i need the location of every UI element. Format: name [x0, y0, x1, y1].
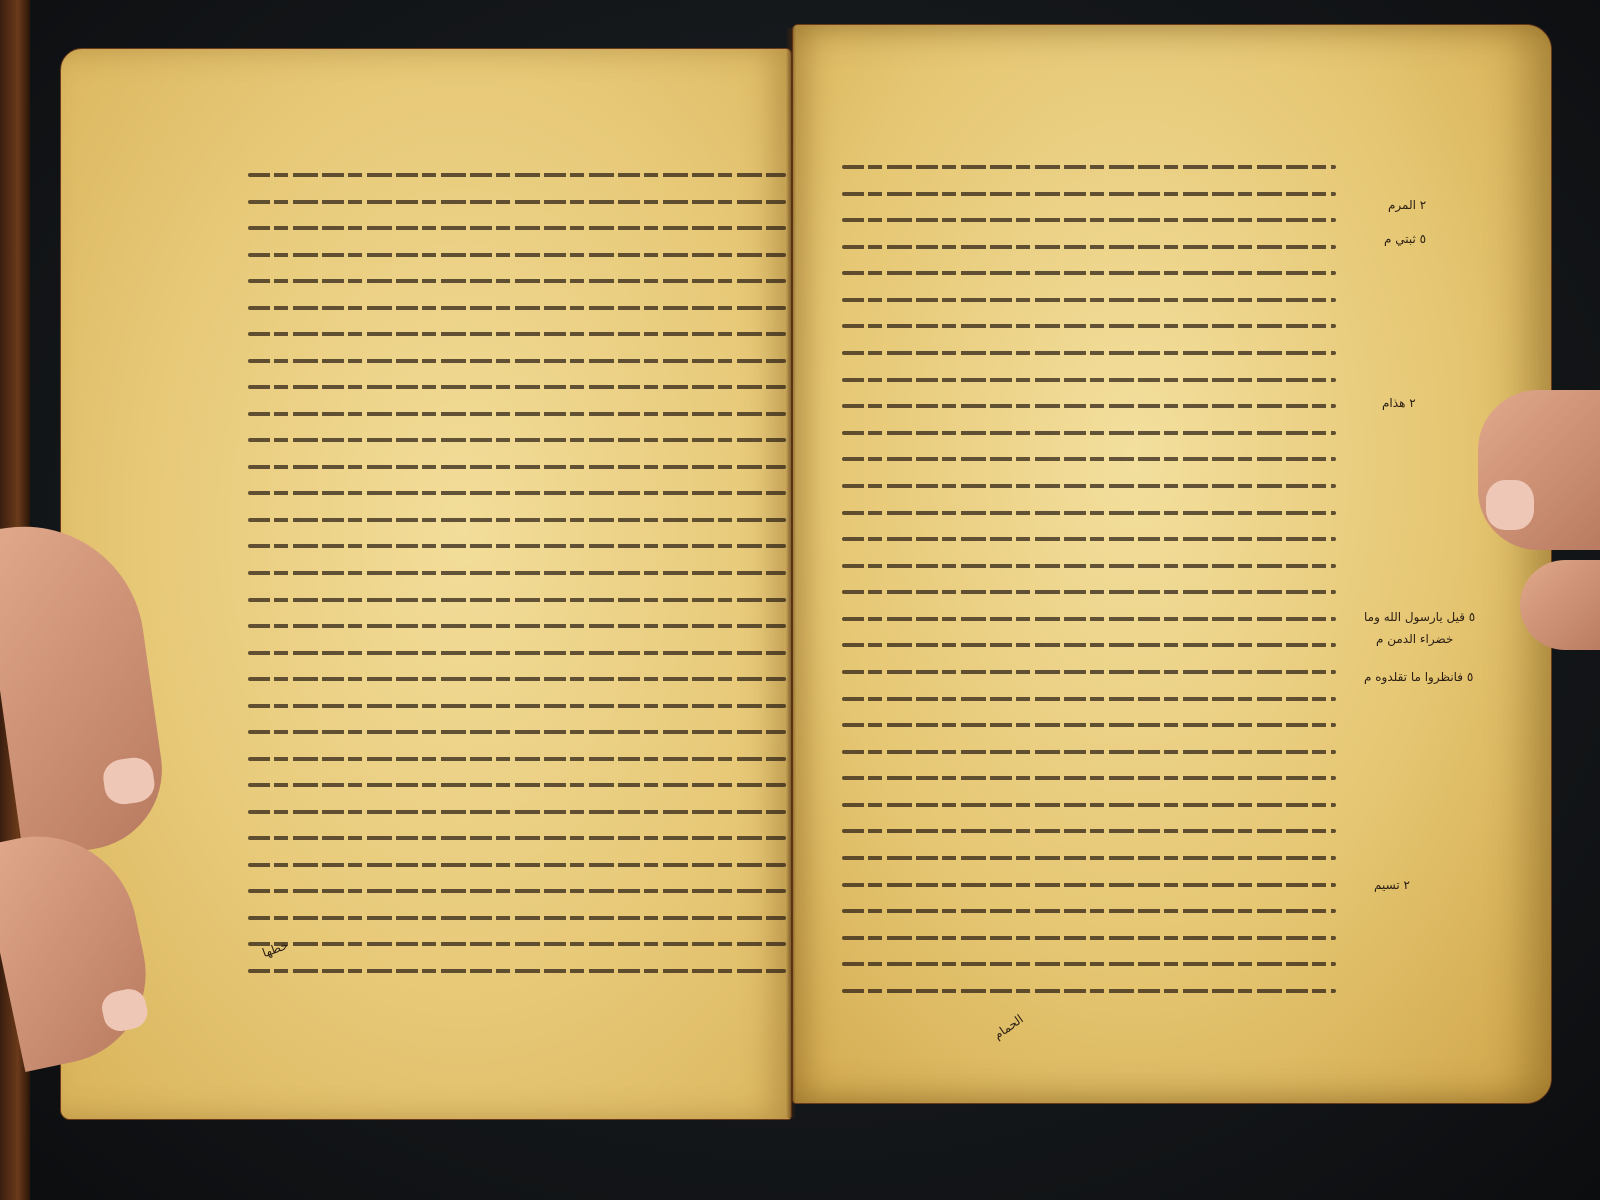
- left-page-text-block: الجليلة تقطع البلغم والمرة السوداء وتهيج…: [248, 168, 786, 978]
- manuscript-line: تغني البكاء وصون العقد حتى اذا فرت بالعق…: [248, 221, 786, 235]
- manuscript-line: [248, 725, 786, 739]
- manuscript-line: الجليلة تقطع البلغم والمرة السوداء وتهيج…: [248, 168, 786, 182]
- manuscript-line: [248, 460, 786, 474]
- manuscript-line: [248, 884, 786, 898]
- manuscript-line: [842, 931, 1336, 945]
- manuscript-line: [248, 672, 786, 686]
- thumbnail: [101, 755, 157, 807]
- manuscript-line: [842, 373, 1336, 387]
- manuscript-line: [248, 593, 786, 607]
- manuscript-line: [248, 566, 786, 580]
- right-hand-finger: [1520, 560, 1600, 650]
- manuscript-line: [248, 805, 786, 819]
- margin-note: ٥ قيل يارسول الله وما: [1364, 610, 1475, 624]
- margin-note: ٢ هذام: [1382, 396, 1416, 410]
- margin-note: ٥ ثبتي م: [1384, 232, 1426, 246]
- manuscript-line: [842, 479, 1336, 493]
- manuscript-line: [248, 539, 786, 553]
- manuscript-line: ولو حصر فليس المراد من العدل نفي التسوية…: [842, 240, 1336, 254]
- manuscript-line: [842, 293, 1336, 307]
- manuscript-line: [248, 937, 786, 951]
- manuscript-line: [842, 798, 1336, 812]
- manuscript-line: فات امرأة الامر المندوب وعشرحت تعرفه فيه…: [842, 187, 1336, 201]
- manuscript-line: [248, 911, 786, 925]
- manuscript-line: [842, 399, 1336, 413]
- manuscript-line: [842, 692, 1336, 706]
- manuscript-line: [248, 486, 786, 500]
- book-gutter: [786, 28, 796, 1118]
- manuscript-line: [842, 506, 1336, 520]
- manuscript-line: [842, 559, 1336, 573]
- manuscript-line: [248, 699, 786, 713]
- manuscript-line: [842, 878, 1336, 892]
- manuscript-line: [842, 984, 1336, 998]
- manuscript-line: [248, 354, 786, 368]
- manuscript-line: [842, 957, 1336, 971]
- margin-note: ٢ المرم: [1388, 198, 1426, 212]
- manuscript-line: [248, 433, 786, 447]
- manuscript-line: [248, 964, 786, 978]
- manuscript-line: [248, 301, 786, 315]
- margin-note: خضراء الدمن م: [1376, 632, 1453, 646]
- manuscript-line: [842, 346, 1336, 360]
- manuscript-line: [248, 858, 786, 872]
- manuscript-line: في تكثير النسل والامة ولعروض الحاجة مع ع…: [842, 160, 1336, 174]
- margin-note: ٥ فانظروا ما تقلدوه م: [1364, 670, 1473, 684]
- right-page-text-block: في تكثير النسل والامة ولعروض الحاجة مع ع…: [842, 160, 1336, 998]
- manuscript-line: [248, 327, 786, 341]
- manuscript-line: [842, 319, 1336, 333]
- margin-note: ٢ تسيم: [1374, 878, 1410, 892]
- manuscript-line: [248, 407, 786, 421]
- manuscript-line: [248, 619, 786, 633]
- manuscript-line: نفسها وفي ماله اذا غاب عنها ولكن ونتبيره…: [248, 195, 786, 209]
- manuscript-line: [842, 266, 1336, 280]
- manuscript-line: [842, 612, 1336, 626]
- manuscript-line: [248, 274, 786, 288]
- manuscript-line: [842, 585, 1336, 599]
- thumbnail: [1486, 480, 1534, 530]
- manuscript-line: [248, 752, 786, 766]
- manuscript-line: [842, 532, 1336, 546]
- manuscript-line: [842, 745, 1336, 759]
- manuscript-line: [248, 380, 786, 394]
- manuscript-line: [842, 771, 1336, 785]
- manuscript-line: [248, 831, 786, 845]
- manuscript-line: [842, 904, 1336, 918]
- manuscript-line: [842, 638, 1336, 652]
- manuscript-line: ربما علت دفعها في الزنا وان لم تنفق لها …: [248, 248, 786, 262]
- manuscript-line: [248, 778, 786, 792]
- right-hand-holding-page: [1478, 390, 1600, 550]
- manuscript-line: [842, 824, 1336, 838]
- manuscript-line: [842, 452, 1336, 466]
- manuscript-line: [842, 665, 1336, 679]
- manuscript-line: [842, 426, 1336, 440]
- manuscript-line: [842, 718, 1336, 732]
- manuscript-line: العياشي عن الصادق ع في كل امرأة الا النس…: [842, 213, 1336, 227]
- manuscript-line: [248, 513, 786, 527]
- manuscript-line: [248, 646, 786, 660]
- manuscript-line: [842, 851, 1336, 865]
